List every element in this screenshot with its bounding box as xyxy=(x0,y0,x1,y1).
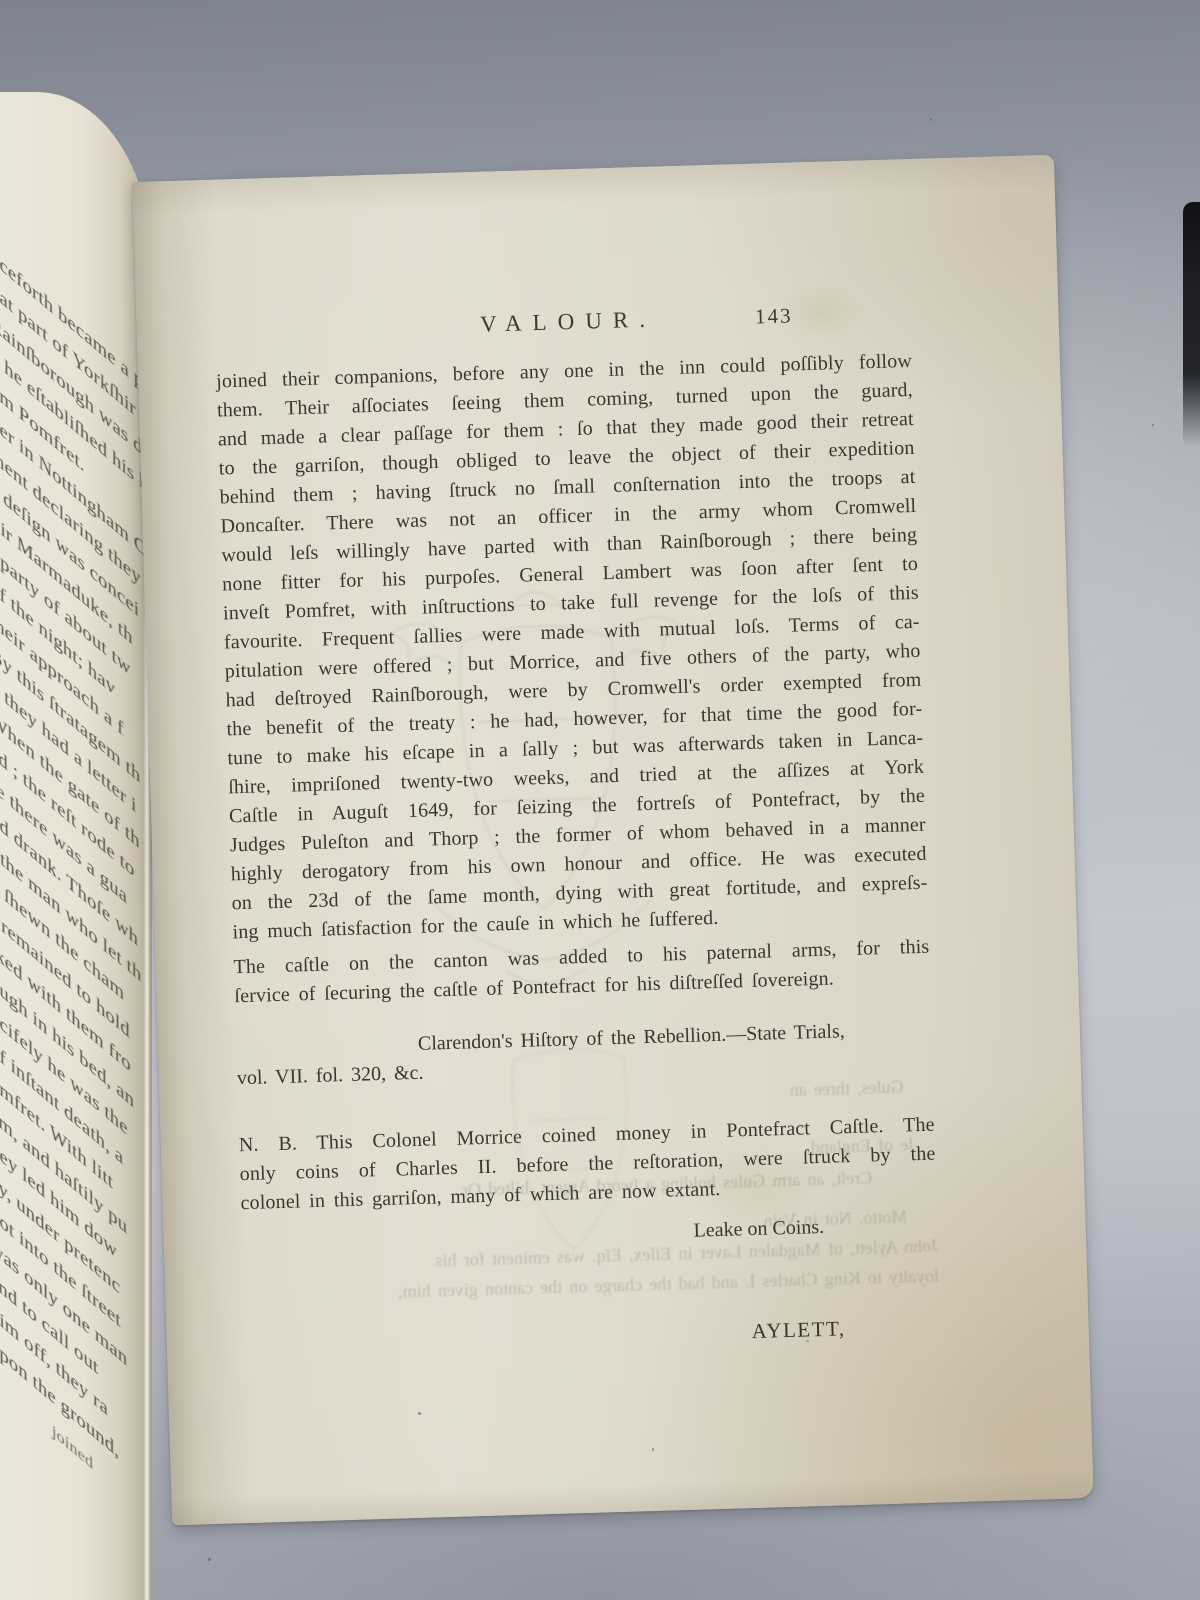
dust-speck xyxy=(652,1448,654,1451)
book-cover-edge xyxy=(1183,202,1200,447)
page-title: VALOUR. xyxy=(214,299,910,346)
dust-speck xyxy=(208,1558,211,1561)
paragraph-main: joined their companions, before any one … xyxy=(216,347,929,947)
right-book-page: VALOUR. 143 joined their companions, bef… xyxy=(132,155,1093,1526)
paragraph-canton: The caſtle on the canton was added to hi… xyxy=(233,933,930,1012)
left-page-text: nceforth became a ple hat part of Yorkſh… xyxy=(0,240,152,1596)
dust-speck xyxy=(418,1412,421,1415)
dust-speck xyxy=(930,118,932,121)
credit-line: Leake on Coins. xyxy=(693,1210,938,1246)
running-head: VALOUR. 143 xyxy=(214,299,911,352)
page-content: VALOUR. 143 joined their companions, bef… xyxy=(210,159,946,1523)
left-book-page: nceforth became a ple hat part of Yorkſh… xyxy=(0,92,152,1600)
photo-background: nceforth became a ple hat part of Yorkſh… xyxy=(0,0,1200,1600)
catchword: AYLETT, xyxy=(751,1314,941,1345)
source-citation: Clarendon's Hiſtory of the Rebellion.—St… xyxy=(236,1015,933,1094)
page-number: 143 xyxy=(755,303,793,329)
dust-speck xyxy=(806,1340,809,1342)
dust-speck xyxy=(1152,424,1154,426)
nota-bene-paragraph: N. B. This Colonel Morrice coined money … xyxy=(238,1111,936,1219)
